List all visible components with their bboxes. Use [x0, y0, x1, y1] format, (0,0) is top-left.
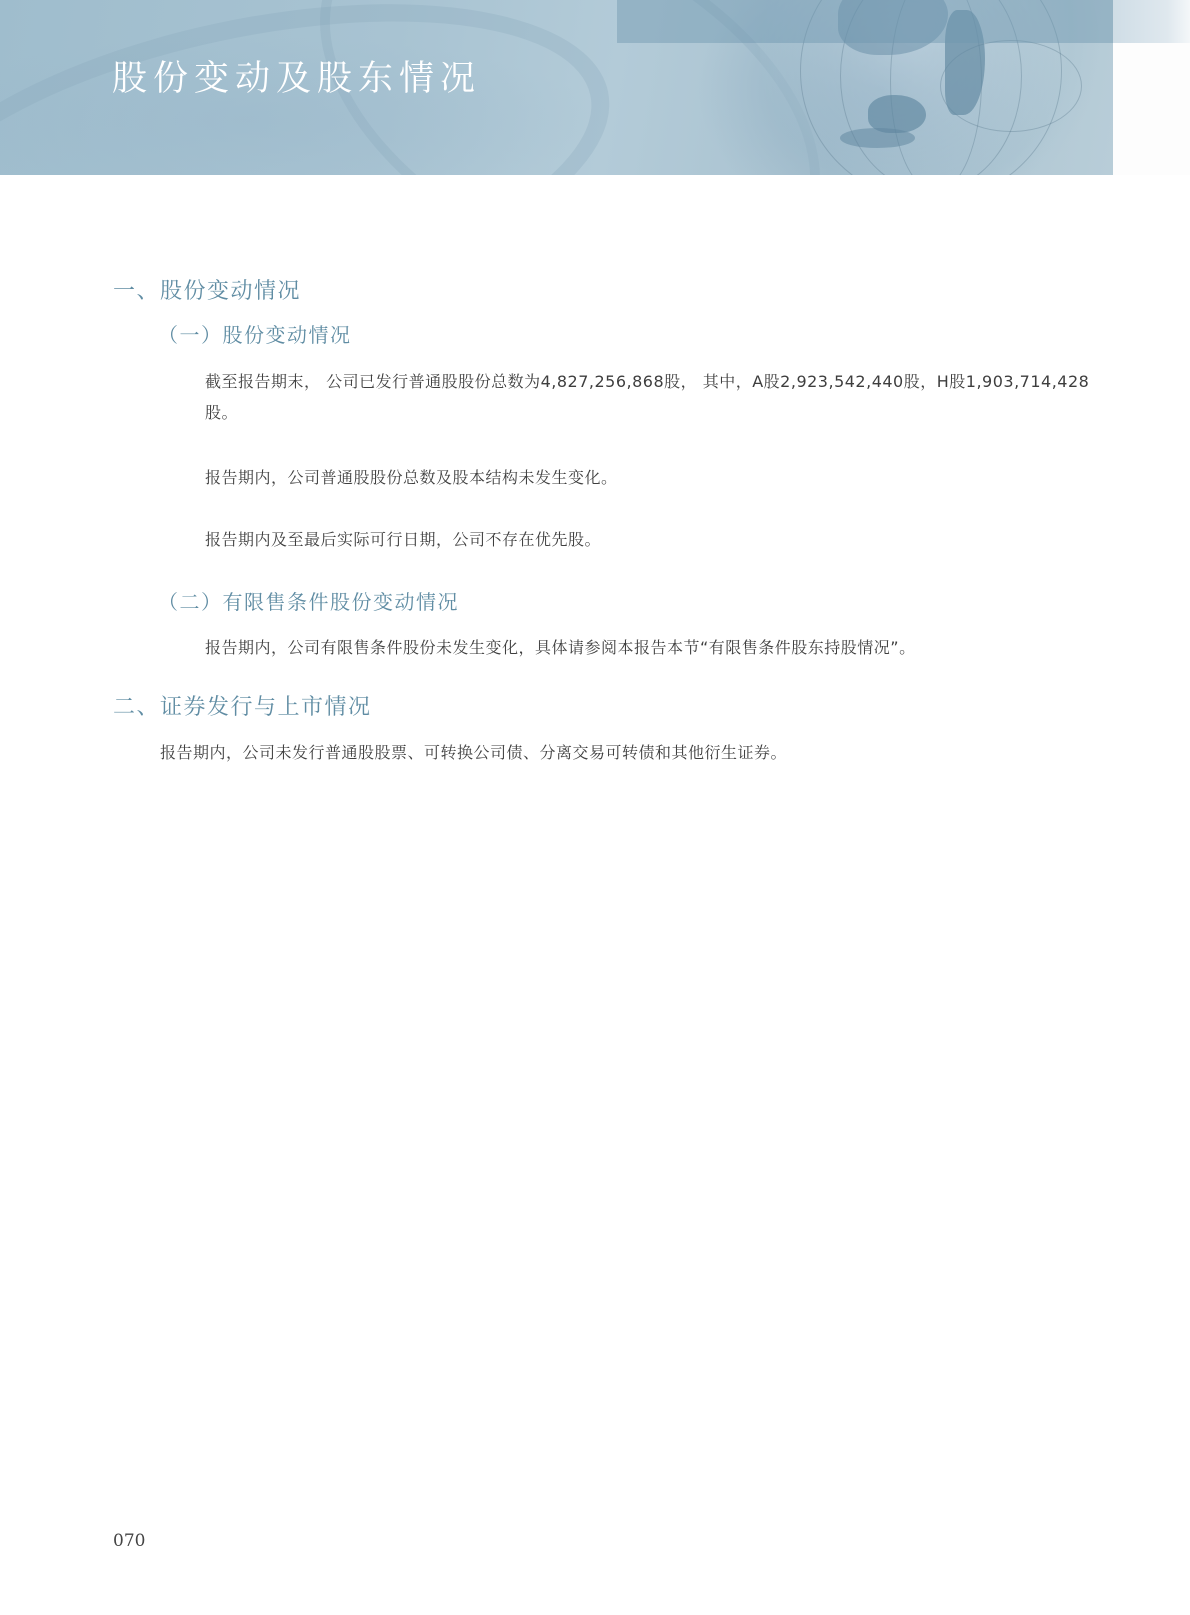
paragraph-total-shares-line-2: 股。 — [205, 397, 238, 428]
paragraph-total-shares-line-1: 截至报告期末， 公司已发行普通股股份总数为4,827,256,868股， 其中，… — [205, 366, 1089, 397]
paragraph-structure-unchanged: 报告期内，公司普通股股份总数及股本结构未发生变化。 — [205, 462, 618, 493]
antarctica-shape — [840, 128, 915, 148]
subsection-heading-restricted-shares: （二）有限售条件股份变动情况 — [158, 592, 459, 612]
header-right-margin — [1113, 43, 1190, 175]
paragraph-securities-issuance: 报告期内，公司未发行普通股股票、可转换公司债、分离交易可转债和其他衍生证券。 — [160, 737, 787, 768]
page-title: 股份变动及股东情况 — [112, 62, 481, 97]
header-top-strip — [617, 0, 1190, 43]
page-number: 070 — [113, 1531, 145, 1551]
header-top-strip-right — [1113, 0, 1190, 43]
paragraph-restricted-shares: 报告期内，公司有限售条件股份未发生变化，具体请参阅本报告本节“有限售条件股东持股… — [205, 632, 916, 663]
subsection-heading-share-changes: （一）股份变动情况 — [158, 325, 352, 345]
paragraph-no-preferred-shares: 报告期内及至最后实际可行日期，公司不存在优先股。 — [205, 524, 601, 555]
section-heading-share-changes: 一、股份变动情况 — [113, 281, 301, 303]
section-heading-securities-issuance: 二、证券发行与上市情况 — [113, 697, 372, 719]
